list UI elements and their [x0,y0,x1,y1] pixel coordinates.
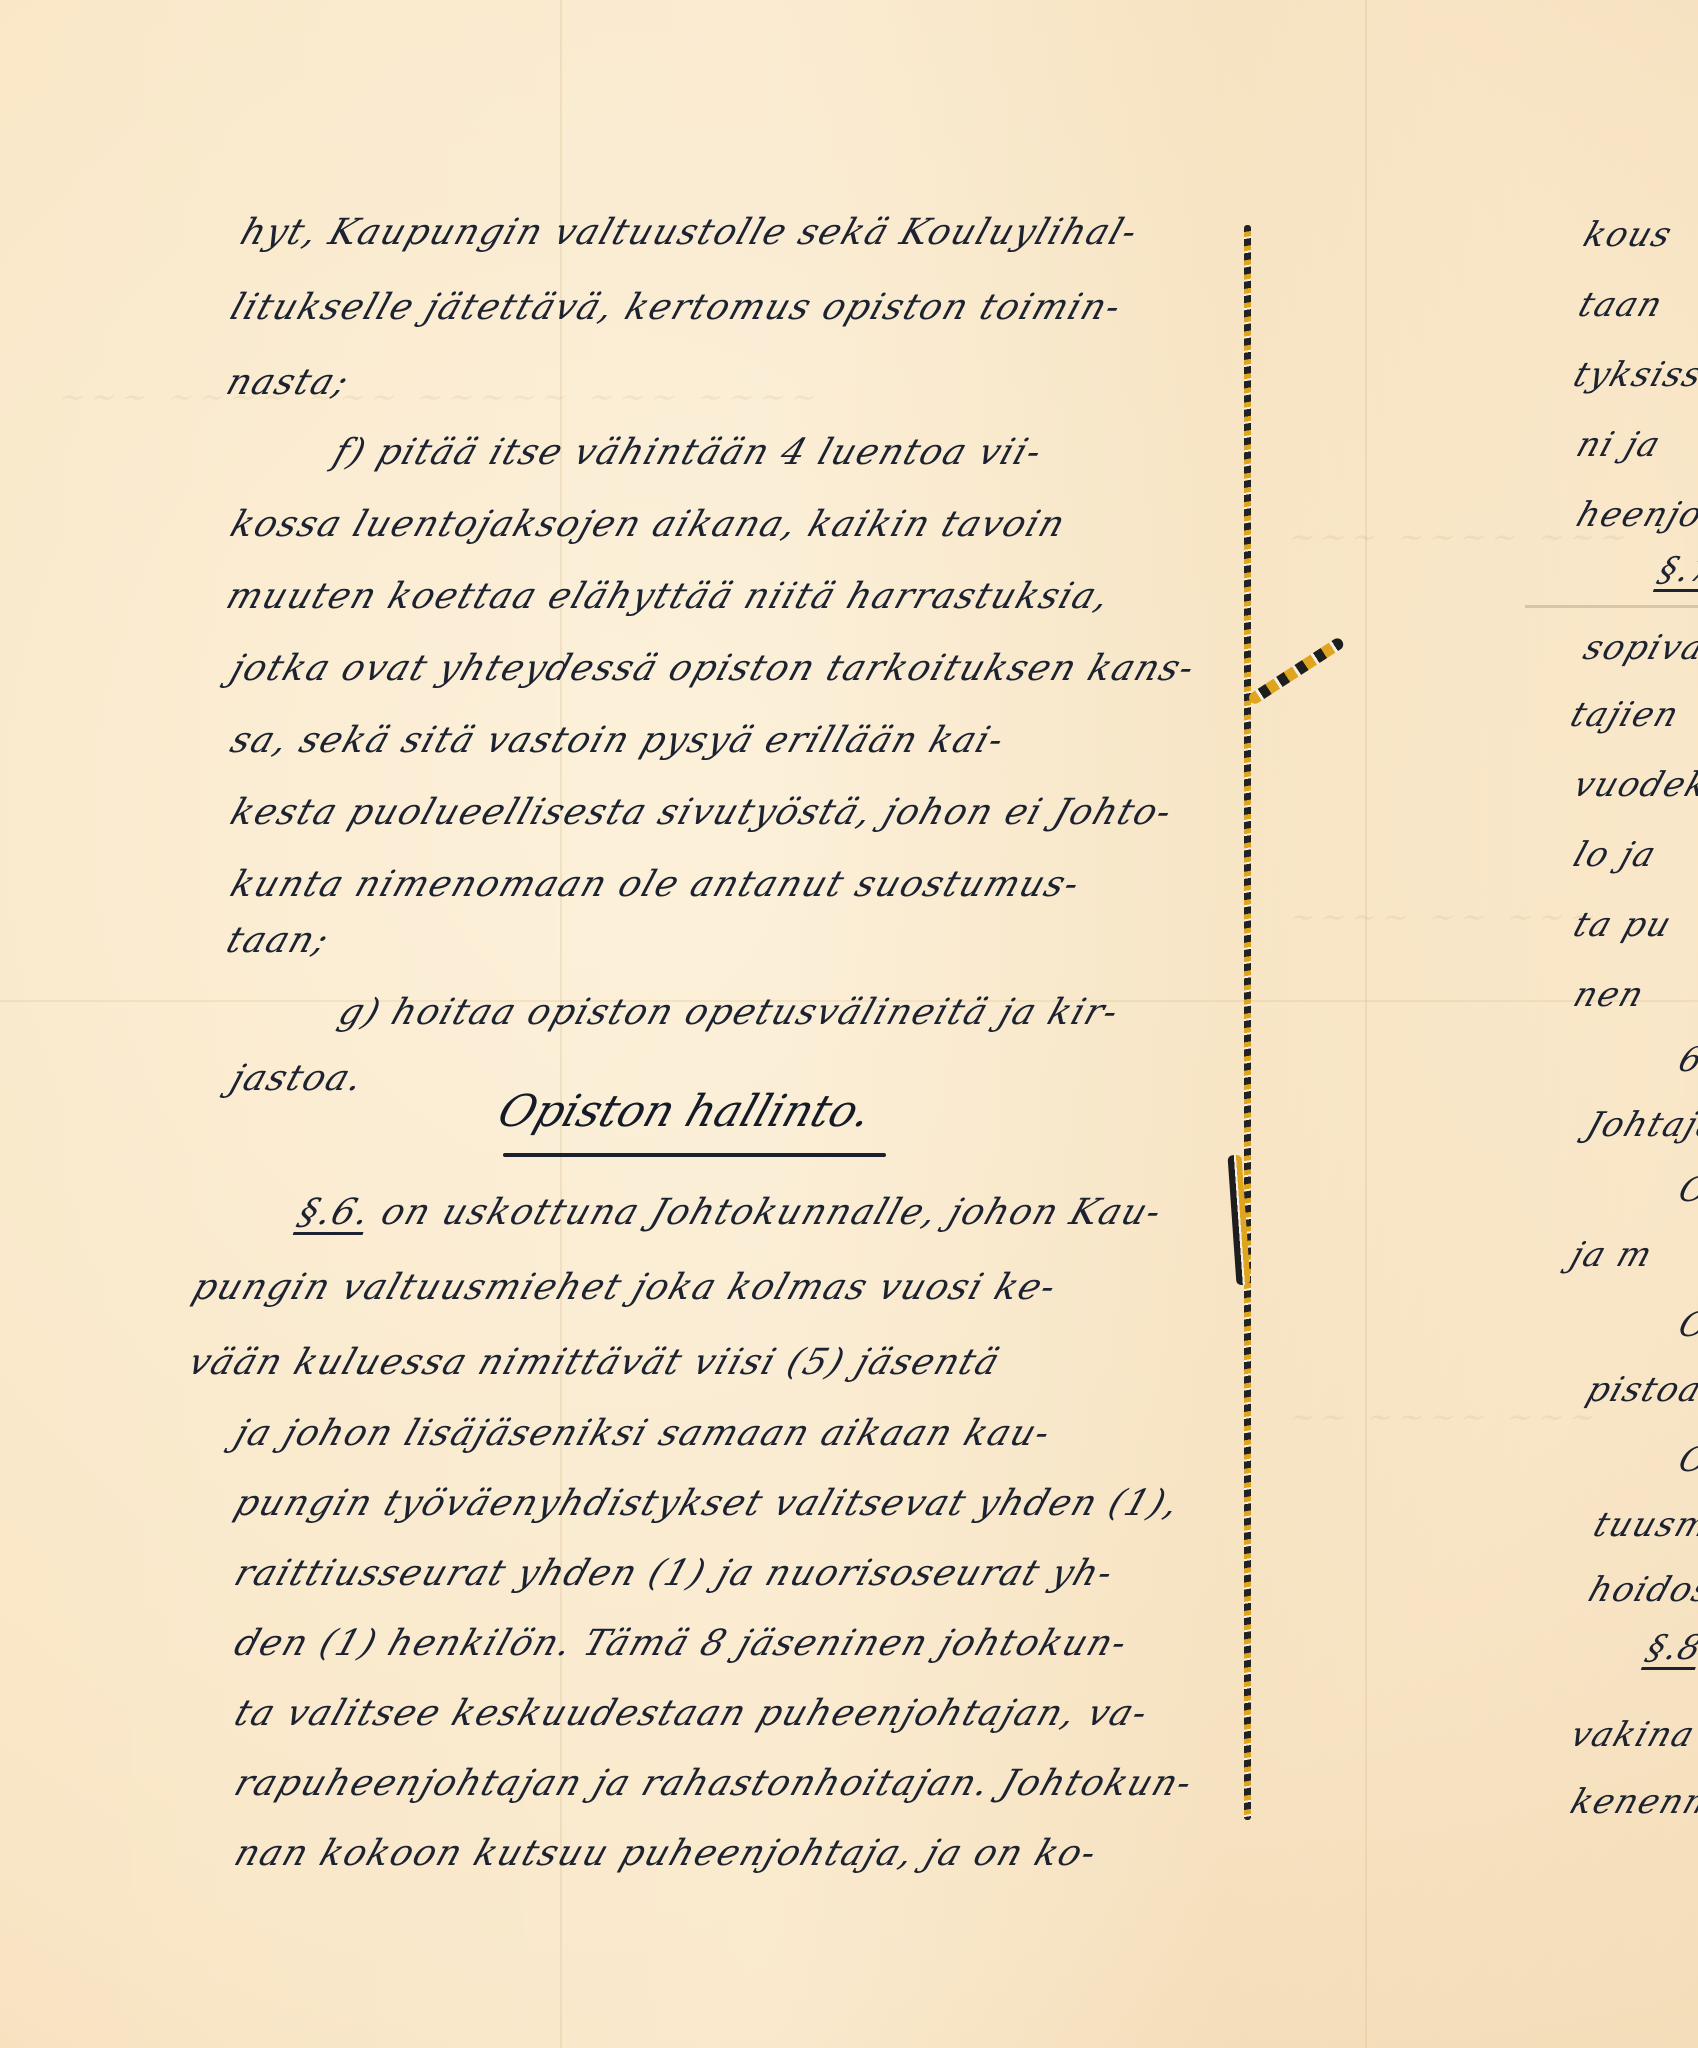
text-fragment: O [1674,1440,1698,1480]
text-fragment: kenenm [1566,1782,1698,1822]
text-fragment: pistoa [1582,1370,1698,1410]
text-line: ja johon lisäjäseniksi samaan aikaan kau… [229,1413,1056,1454]
text-fragment: vakina [1566,1715,1698,1755]
paragraph-mark: §.7 [1654,550,1698,590]
text-line-content: on uskottuna Johtokunnalle, johon Kau- [376,1192,1168,1233]
text-line: raittiusseurat yhden (1) ja nuorisoseura… [229,1553,1119,1594]
bleed-through-text: ~~ ~~~~ ~~~ [1282,1400,1610,1435]
text-fragment: tyksissä [1569,355,1698,395]
text-line: jastoa. [225,1058,369,1099]
text-fragment: tuusm [1589,1505,1698,1545]
faint-rule [1525,605,1698,608]
paper-fold [1365,0,1367,2048]
text-fragment: ja m [1566,1235,1659,1275]
text-line: nasta; [221,362,355,403]
text-line: den (1) henkilön. Tämä 8 jäseninen johto… [229,1623,1133,1664]
text-line: taan; [221,920,335,961]
binding-thread [1244,225,1251,1820]
text-fragment: Johtaja [1582,1105,1698,1145]
text-line: §.6. on uskottuna Johtokunnalle, johon K… [293,1192,1167,1233]
text-fragment: ta pu [1569,905,1678,945]
paragraph-mark: §.8 [1642,1628,1698,1668]
text-fragment: 6 [1674,1040,1698,1080]
heading-underline [503,1153,886,1157]
text-line: jotka ovat yhteydessä opiston tarkoituks… [225,648,1200,689]
text-fragment: vuodek [1569,765,1698,805]
manuscript-page: ~~~ ~~~~ ~~~ ~~~~~ ~~~ ~~~~ ~~~ ~~~~ ~~~… [0,0,1698,2048]
text-line: g) hoitaa opiston opetusvälineitä ja kir… [333,992,1124,1033]
text-line: pungin valtuusmiehet joka kolmas vuosi k… [187,1267,1062,1308]
text-fragment: heenjoh [1572,495,1698,535]
text-line: kesta puolueellisesta sivutyöstä, johon … [225,792,1178,833]
text-fragment: O [1674,1170,1698,1210]
text-line: litukselle jätettävä, kertomus opiston t… [225,287,1127,328]
text-line: sa, sekä sitä vastoin pysyä erillään kai… [225,720,1010,761]
bleed-through-text: ~~~~ ~~ ~~~ [1282,900,1610,935]
text-fragment: hoidos [1584,1570,1698,1610]
text-line: kunta nimenomaan ole antanut suostumus- [225,864,1085,905]
text-line: nan kokoon kutsuu puheenjohtaja, ja on k… [229,1833,1102,1874]
text-fragment: tajien [1566,695,1685,735]
text-fragment: taan [1574,285,1669,325]
text-fragment: O [1674,1305,1698,1345]
text-line: pungin työväenyhdistykset valitsevat yhd… [229,1483,1185,1524]
text-line: ta valitsee keskuudestaan puheenjohtajan… [229,1693,1153,1734]
text-fragment: sopivan [1579,628,1698,668]
text-line: vään kuluessa nimittävät viisi (5) jäsen… [183,1342,1005,1383]
text-fragment: kous [1579,215,1678,255]
text-line: muuten koettaa elähyttää niitä harrastuk… [221,576,1115,617]
thread-tassel [1247,636,1346,706]
paragraph-mark: §.6. [293,1192,376,1233]
text-fragment: nen [1569,975,1650,1015]
text-line: f) pitää itse vähintään 4 luentoa vii- [328,432,1048,473]
text-fragment: lo ja [1569,835,1662,875]
bleed-through-text: ~~~ ~~~~ ~~~ ~~~~~ ~~~ ~~~~ [52,380,831,415]
text-line: rapuheenjohtajan ja rahastonhoitajan. Jo… [229,1763,1198,1804]
text-line: kossa luentojaksojen aikana, kaikin tavo… [225,504,1071,545]
section-heading: Opiston hallinto. [492,1086,878,1137]
text-fragment: ni ja [1572,425,1667,465]
text-line: hyt, Kaupungin valtuustolle sekä Kouluyl… [235,212,1143,253]
